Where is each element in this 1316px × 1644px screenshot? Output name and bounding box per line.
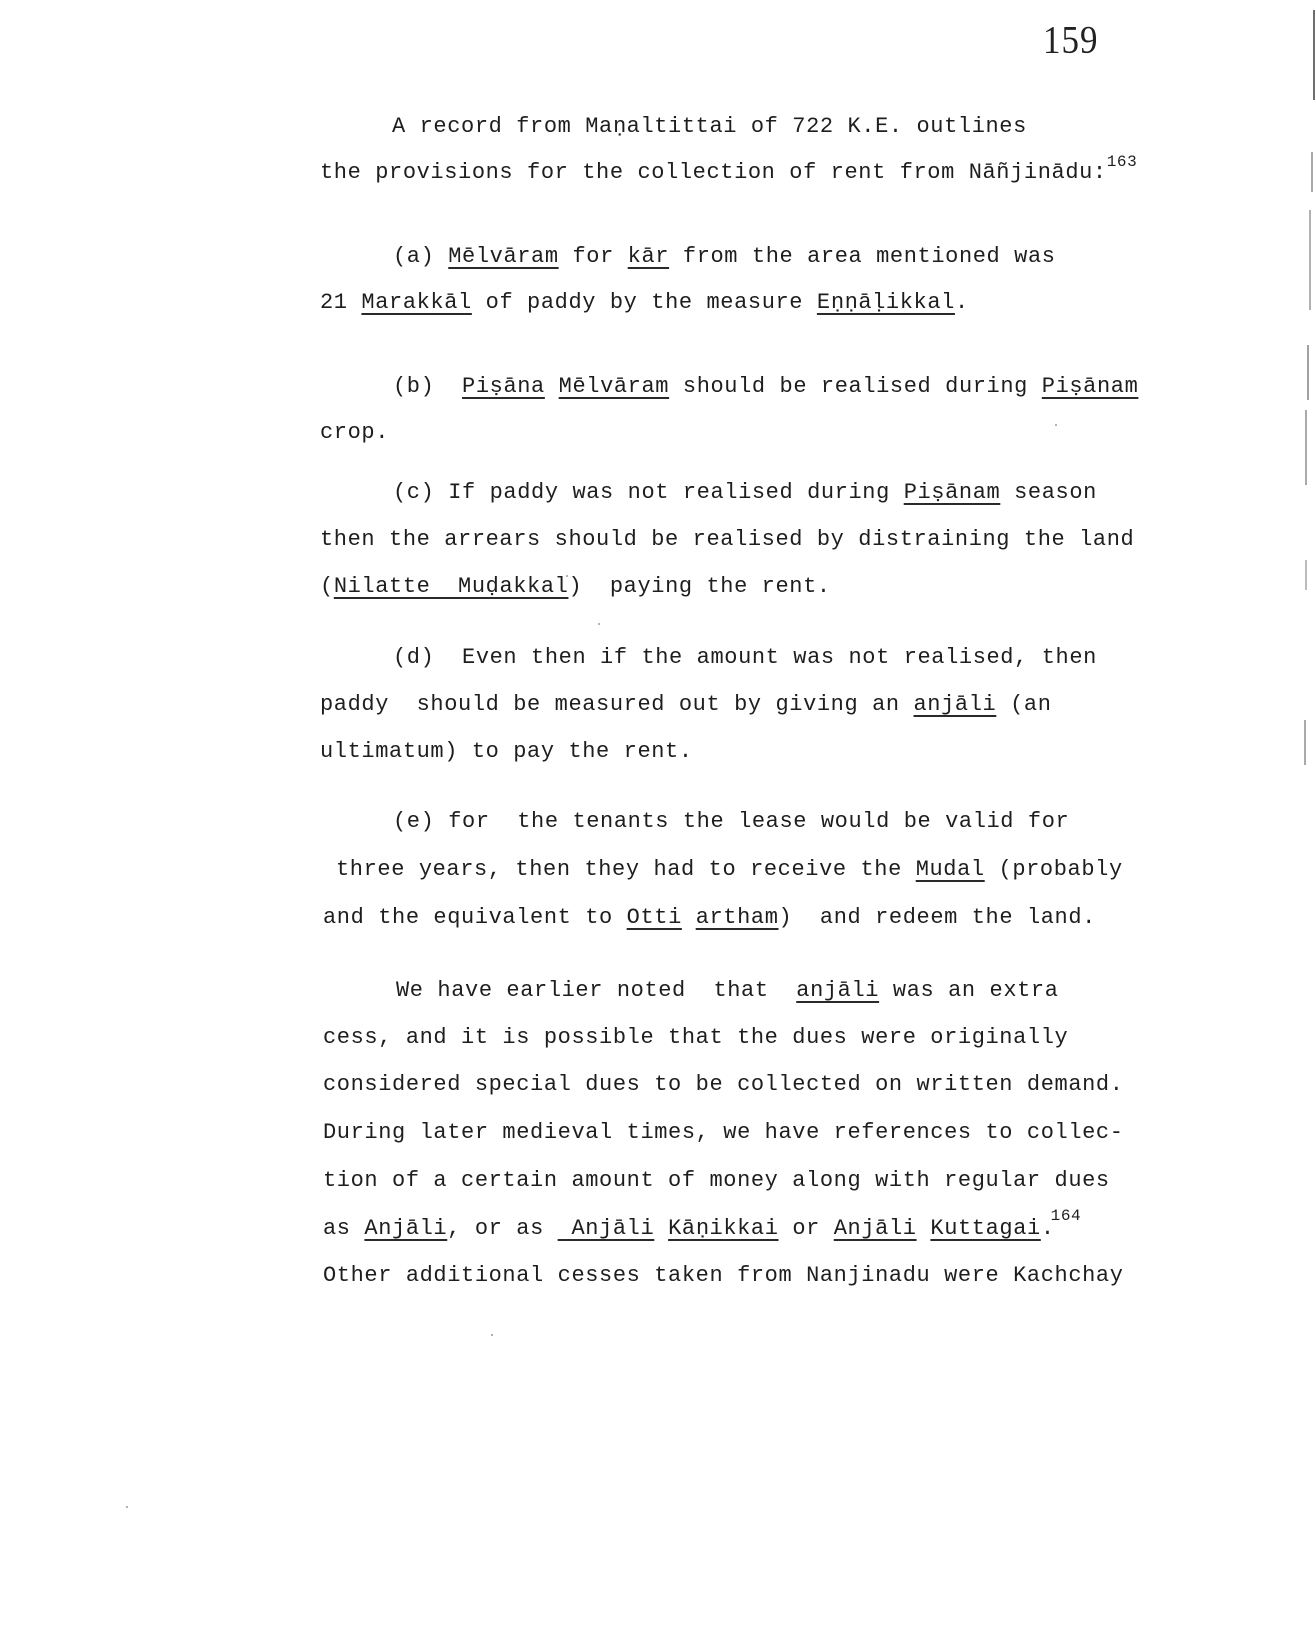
term-melvaram: Mēlvāram: [448, 244, 558, 269]
para2-text: or: [779, 1216, 834, 1241]
scan-speck: [1055, 424, 1057, 426]
item-e-text: three years, then they had to receive th…: [336, 857, 916, 882]
scan-edge-mark: [1309, 210, 1311, 310]
term-mudal: Mudal: [916, 857, 985, 882]
footnote-ref-163: 163: [1107, 153, 1138, 171]
item-b-text: should be realised during: [669, 374, 1042, 399]
scan-speck: [566, 575, 568, 577]
para2-text: was an extra: [879, 978, 1058, 1003]
item-c-line-3: (Nilatte Muḍakkal) paying the rent.: [320, 574, 831, 600]
para2-text: [917, 1216, 931, 1241]
item-e-text: (probably: [985, 857, 1123, 882]
item-a-label: (a): [393, 244, 434, 269]
item-b-line-1: (b) Piṣāna Mēlvāram should be realised d…: [393, 374, 1138, 400]
term-anjali: Anjāli: [364, 1216, 447, 1241]
scan-edge-mark: [1311, 152, 1313, 192]
item-d-text: Even then if the amount was not realised…: [434, 645, 1097, 670]
item-e-text: [682, 905, 696, 930]
term-anjali: Anjāli: [834, 1216, 917, 1241]
term-ennalikkal: Eṇṇāḷikkal: [817, 290, 955, 315]
item-c-text: If paddy was not realised during: [434, 480, 903, 505]
term-nilatte-mudakkal: Nilatte Muḍakkal: [334, 574, 569, 599]
item-a-text: 21: [320, 290, 361, 315]
item-a-line-2: 21 Marakkāl of paddy by the measure Eṇṇā…: [320, 290, 969, 316]
para2-text: We have earlier noted that: [396, 978, 796, 1003]
item-e-text: and the equivalent to: [323, 905, 627, 930]
term-anjali: Anjāli: [558, 1216, 655, 1241]
intro-line-2-text: the provisions for the collection of ren…: [320, 160, 1107, 185]
scan-speck: [598, 623, 600, 625]
para2-text: , or as: [447, 1216, 557, 1241]
item-d-text: (an: [996, 692, 1051, 717]
para2-text: [654, 1216, 668, 1241]
item-d-line-1: (d) Even then if the amount was not real…: [393, 645, 1097, 671]
term-otti: Otti: [627, 905, 682, 930]
item-e-line-1: (e) for the tenants the lease would be v…: [393, 809, 1069, 835]
footnote-ref-164: 164: [1051, 1207, 1082, 1225]
scan-speck: [126, 1506, 128, 1508]
term-kuttagai: Kuttagai: [930, 1216, 1040, 1241]
page-number: 159: [1043, 18, 1099, 63]
item-d-line-3: ultimatum) to pay the rent.: [320, 739, 693, 765]
scan-edge-mark: [1307, 345, 1309, 400]
item-e-line-2: three years, then they had to receive th…: [336, 857, 1123, 883]
item-a-text: .: [955, 290, 969, 315]
item-a-text: of paddy by the measure: [472, 290, 817, 315]
item-c-text: season: [1000, 480, 1097, 505]
item-e-label: (e): [393, 809, 434, 834]
item-d-text: paddy should be measured out by giving a…: [320, 692, 914, 717]
term-anjali: anjāli: [796, 978, 879, 1003]
item-c-text: (: [320, 574, 334, 599]
para2-line-5: tion of a certain amount of money along …: [323, 1168, 1110, 1194]
term-pisana: Piṣāna: [462, 374, 545, 399]
term-artham: artham: [696, 905, 779, 930]
item-b-line-2: crop.: [320, 420, 389, 446]
item-a-text: for: [559, 244, 628, 269]
item-c-line-1: (c) If paddy was not realised during Piṣ…: [393, 480, 1097, 506]
item-e-text: ) and redeem the land.: [779, 905, 1096, 930]
item-d-label: (d): [393, 645, 434, 670]
intro-line-2: the provisions for the collection of ren…: [320, 160, 1137, 186]
item-c-line-2: then the arrears should be realised by d…: [320, 527, 1134, 553]
para2-line-7: Other additional cesses taken from Nanji…: [323, 1263, 1124, 1289]
intro-line-1: A record from Maṇaltittai of 722 K.E. ou…: [392, 114, 1027, 140]
scan-edge-mark: [1313, 10, 1315, 100]
term-pisanam: Piṣānam: [904, 480, 1001, 505]
item-d-line-2: paddy should be measured out by giving a…: [320, 692, 1052, 718]
term-kar: kār: [628, 244, 669, 269]
document-page: 159 A record from Maṇaltittai of 722 K.E…: [0, 0, 1316, 1644]
para2-text: as: [323, 1216, 364, 1241]
item-b-label: (b): [393, 374, 434, 399]
item-a-line-1: (a) Mēlvāram for kār from the area menti…: [393, 244, 1056, 270]
para2-line-1: We have earlier noted that anjāli was an…: [396, 978, 1059, 1004]
item-c-text: ) paying the rent.: [568, 574, 830, 599]
term-melvaram: Mēlvāram: [559, 374, 669, 399]
term-kanikkai: Kāṇikkai: [668, 1216, 778, 1241]
item-e-text: for the tenants the lease would be valid…: [434, 809, 1069, 834]
para2-line-3: considered special dues to be collected …: [323, 1072, 1124, 1098]
scan-edge-mark: [1305, 410, 1307, 485]
scan-edge-mark: [1305, 560, 1307, 590]
para2-line-2: cess, and it is possible that the dues w…: [323, 1025, 1068, 1051]
term-anjali: anjāli: [914, 692, 997, 717]
scan-speck: [491, 1334, 493, 1336]
term-marakkal: Marakkāl: [361, 290, 471, 315]
scan-edge-mark: [1304, 720, 1306, 765]
term-pisanam: Piṣānam: [1042, 374, 1139, 399]
item-c-label: (c): [393, 480, 434, 505]
para2-line-4: During later medieval times, we have ref…: [323, 1120, 1124, 1146]
item-a-text: from the area mentioned was: [669, 244, 1055, 269]
item-e-line-3: and the equivalent to Otti artham) and r…: [323, 905, 1096, 931]
para2-line-6: as Anjāli, or as Anjāli Kāṇikkai or Anjā…: [323, 1216, 1081, 1242]
